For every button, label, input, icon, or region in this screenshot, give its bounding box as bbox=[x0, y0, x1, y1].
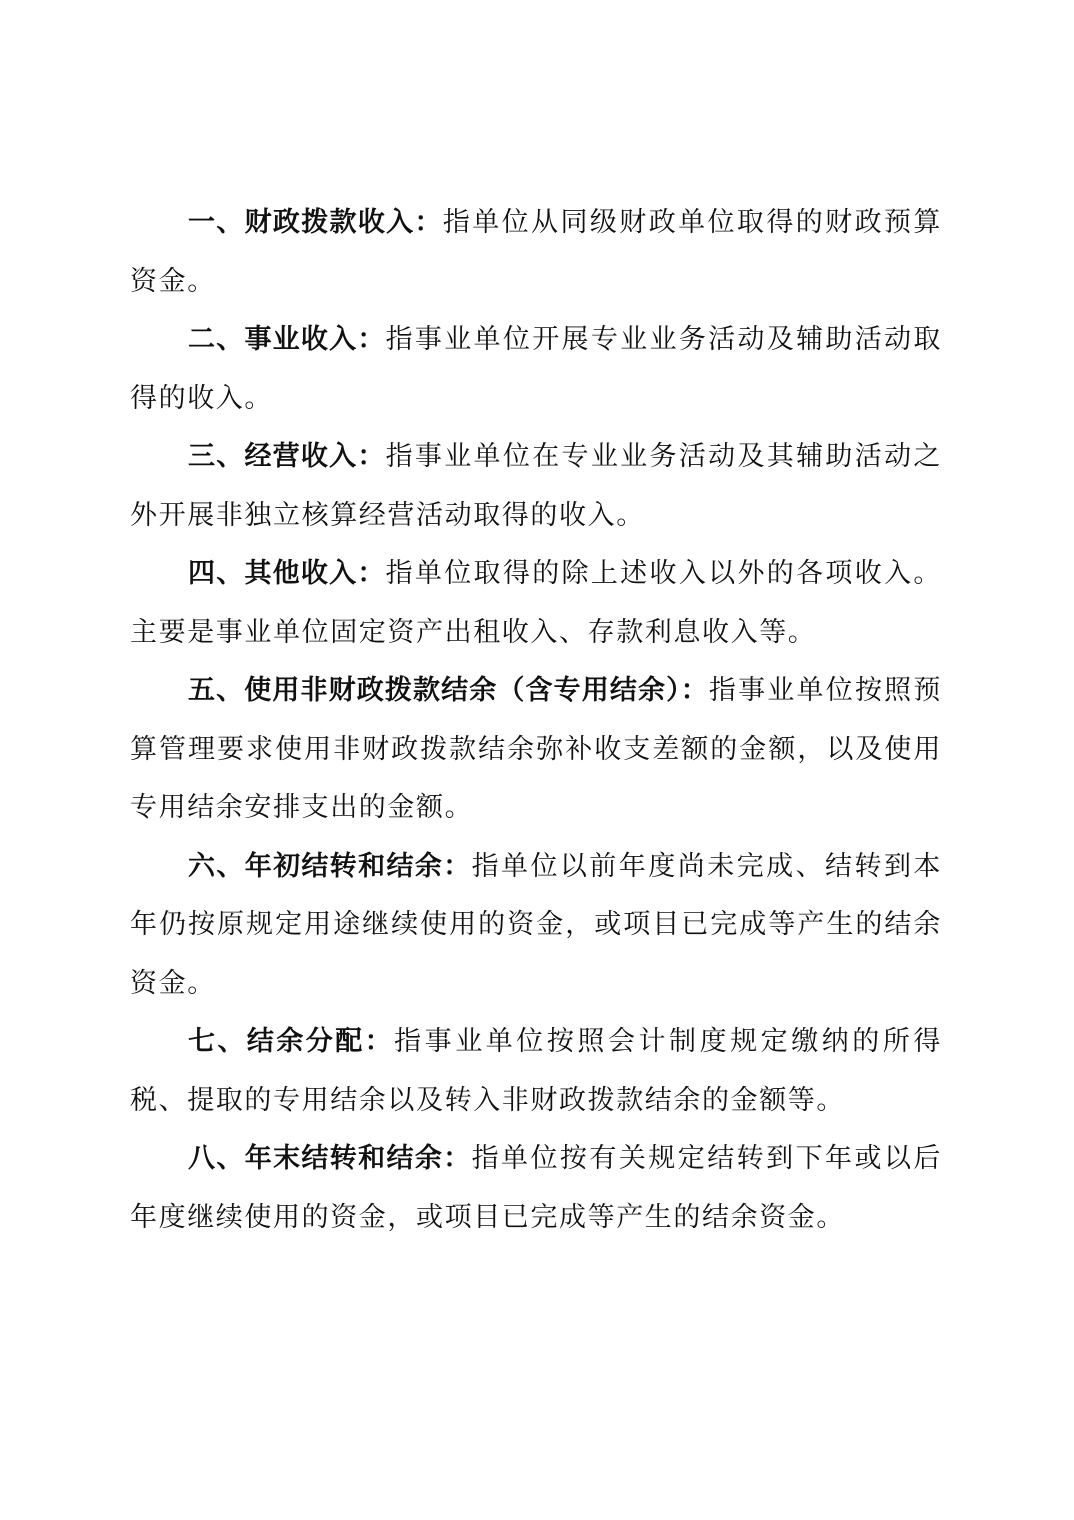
definition-paragraph-4: 四、其他收入：指单位取得的除上述收入以外的各项收入。主要是事业单位固定资产出租收… bbox=[130, 545, 942, 662]
definition-term: 三、经营收入： bbox=[188, 441, 386, 472]
definition-term: 二、事业收入： bbox=[188, 324, 386, 355]
document-page: 一、财政拨款收入：指单位从同级财政单位取得的财政预算资金。 二、事业收入：指事业… bbox=[130, 194, 942, 1247]
definition-term: 一、财政拨款收入： bbox=[188, 207, 443, 238]
definition-term: 五、使用非财政拨款结余（含专用结余）： bbox=[188, 675, 709, 706]
definition-term: 四、其他收入： bbox=[188, 558, 386, 589]
definition-paragraph-7: 七、结余分配：指事业单位按照会计制度规定缴纳的所得税、提取的专用结余以及转入非财… bbox=[130, 1013, 942, 1130]
definition-paragraph-3: 三、经营收入：指事业单位在专业业务活动及其辅助活动之外开展非独立核算经营活动取得… bbox=[130, 428, 942, 545]
definition-term: 七、结余分配： bbox=[188, 1026, 394, 1057]
definition-paragraph-1: 一、财政拨款收入：指单位从同级财政单位取得的财政预算资金。 bbox=[130, 194, 942, 311]
definition-paragraph-8: 八、年末结转和结余：指单位按有关规定结转到下年或以后年度继续使用的资金，或项目已… bbox=[130, 1130, 942, 1247]
definition-paragraph-2: 二、事业收入：指事业单位开展专业业务活动及辅助活动取得的收入。 bbox=[130, 311, 942, 428]
definition-paragraph-5: 五、使用非财政拨款结余（含专用结余）：指事业单位按照预算管理要求使用非财政拨款结… bbox=[130, 662, 942, 838]
definition-paragraph-6: 六、年初结转和结余：指单位以前年度尚未完成、结转到本年仍按原规定用途继续使用的资… bbox=[130, 838, 942, 1014]
definition-term: 六、年初结转和结余： bbox=[188, 851, 472, 882]
definition-term: 八、年末结转和结余： bbox=[188, 1143, 472, 1174]
